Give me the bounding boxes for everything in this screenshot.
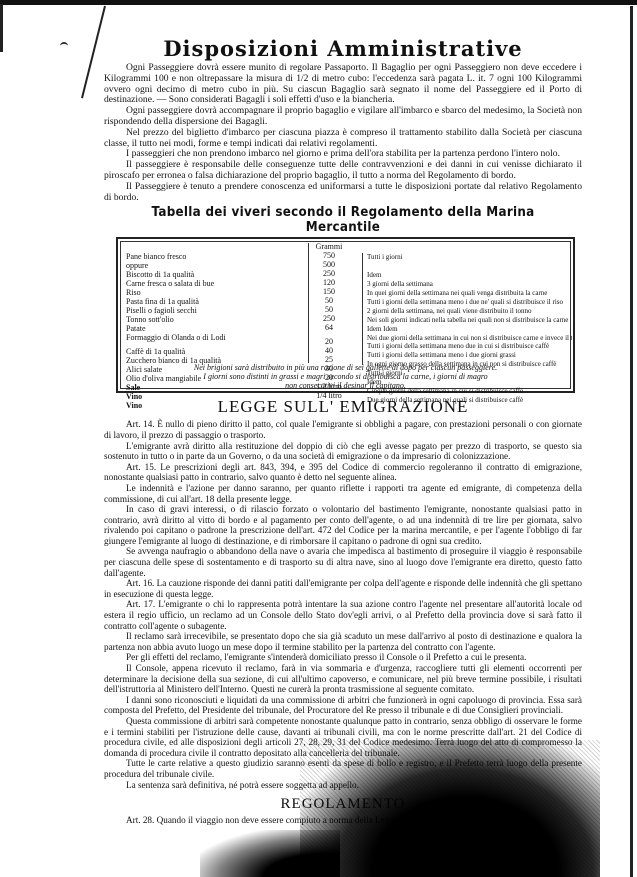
ration-item: Pasta fina di 1a qualità — [126, 298, 308, 307]
ration-quantity: 64 — [309, 324, 349, 333]
quantity-header: Grammi — [309, 243, 349, 252]
ration-note: 2 giorni della settimana, nei quali vien… — [367, 307, 572, 316]
ration-note: 3 giorni della settimana — [367, 280, 572, 289]
admin-provisions: Ogni Passeggiere dovrà essere munito di … — [104, 63, 582, 203]
page-title: Disposizioni Amministrative — [104, 36, 582, 61]
admin-paragraph: Nel prezzo del biglietto d'imbarco per c… — [104, 128, 582, 150]
scan-fold-mark — [81, 6, 106, 99]
ration-item: Tonno sott'olio — [126, 316, 308, 325]
law-paragraph: L'emigrante avrà diritto alla restituzio… — [104, 441, 582, 462]
law-paragraph: In caso di gravi interessi, o di rilasci… — [104, 504, 582, 546]
ration-item: Carne fresca o salata di bue — [126, 280, 308, 289]
scan-smudge-mark — [60, 42, 68, 50]
scan-damage-dark-area — [200, 830, 340, 877]
law-paragraph: Il Console, appena ricevuto il reclamo, … — [104, 663, 582, 695]
scan-top-edge — [0, 0, 637, 5]
ration-quantity: 250 — [309, 315, 349, 324]
ration-note: Tutti i giorni della settimana meno due … — [367, 342, 572, 351]
rations-notes-column: Tutti i giorni Idem3 giorni della settim… — [362, 253, 572, 365]
ration-note: Tutti i giorni della settimana meno i du… — [367, 298, 572, 307]
ration-note: Due giorni della settimana nei quali si … — [367, 396, 572, 405]
scan-damage-dark-area — [300, 740, 600, 877]
footer-line: Nei brigioni sarà distribuito in più una… — [128, 363, 563, 372]
ration-note: Idem — [367, 271, 572, 280]
ration-note: Tutti i giorni — [367, 253, 572, 262]
ration-quantity: 40 — [309, 347, 349, 356]
ration-item: oppure — [126, 262, 308, 271]
ration-item: Caffè di 1a qualità — [126, 348, 308, 357]
ration-quantity: 150 — [309, 288, 349, 297]
law-paragraph: Le indennità e l'azione per danno sarann… — [104, 483, 582, 504]
ration-item: Biscotto di 1a qualità — [126, 271, 308, 280]
rations-table-footer: Nei brigioni sarà distribuito in più una… — [128, 363, 563, 390]
law-paragraph: Per gli effetti del reclamo, l'emigrante… — [104, 652, 582, 663]
ration-item: Riso — [126, 289, 308, 298]
ration-note: Tutti i giorni della settimana meno i du… — [367, 351, 572, 360]
document-page: Disposizioni Amministrative Ogni Passegg… — [104, 36, 582, 826]
law-paragraph: Art. 16. La cauzione risponde dei danni … — [104, 578, 582, 599]
footer-line: non consecutivi il desinar il capitano. — [128, 381, 563, 390]
law-paragraph: Art. 15. Le prescrizioni degli art. 843,… — [104, 462, 582, 483]
ration-quantity: 250 — [309, 270, 349, 279]
law-section-body: Art. 14. È nullo di pieno diritto il pat… — [104, 419, 582, 790]
ration-note: Idem Idem — [367, 325, 572, 334]
ration-item: Pane bianco fresco — [126, 253, 308, 262]
law-paragraph: Art. 17. L'emigrante o chi lo rappresent… — [104, 599, 582, 631]
law-paragraph: Art. 14. È nullo di pieno diritto il pat… — [104, 419, 582, 440]
ration-item: Vino — [126, 393, 308, 402]
ration-note: Nei soli giorni indicati nella tabella n… — [367, 316, 572, 325]
admin-paragraph: Ogni passeggiere dovrà accompagnare il p… — [104, 106, 582, 128]
ration-note: In quei giorni della settimana nei quali… — [367, 289, 572, 298]
admin-paragraph: Il passeggiere è responsabile delle cons… — [104, 160, 582, 182]
ration-quantity: 20 — [309, 338, 349, 347]
law-paragraph: I danni sono riconosciuti e liquidati da… — [104, 695, 582, 716]
ration-note — [367, 262, 572, 271]
ration-quantity: 1/4 litro — [309, 392, 349, 401]
ration-quantity: 50 — [309, 306, 349, 315]
ration-quantity: 500 — [309, 261, 349, 270]
rations-table-title: Tabella dei viveri secondo il Regolament… — [123, 205, 563, 235]
law-paragraph: Il reclamo sarà irrecevibile, se present… — [104, 631, 582, 652]
ration-quantity: 50 — [309, 297, 349, 306]
ration-item: Piselli o fagioli secchi — [126, 307, 308, 316]
scan-left-edge-mark — [0, 4, 3, 52]
ration-quantity: 120 — [309, 279, 349, 288]
scan-right-edge — [630, 6, 633, 877]
ration-item: Formaggio di Olanda o di Lodi — [126, 334, 308, 343]
rations-table: Pane bianco fresco oppureBiscotto di 1a … — [116, 237, 575, 393]
ration-item: Vino — [126, 402, 308, 411]
admin-paragraph: Il Passeggiere è tenuto a prendere conos… — [104, 182, 582, 204]
ration-quantity: 750 — [309, 252, 349, 261]
law-paragraph: Se avvenga naufragio o abbandono della n… — [104, 546, 582, 578]
rations-quantity-column: Grammi 750500250120150505025064204025302… — [308, 243, 349, 363]
footer-line: I giorni sono distinti in grassi e magri… — [128, 372, 563, 381]
ration-note: Nei due giorni della settimana in cui no… — [367, 334, 572, 343]
admin-paragraph: Ogni Passeggiere dovrà essere munito di … — [104, 63, 582, 106]
ration-item: Patate — [126, 325, 308, 334]
